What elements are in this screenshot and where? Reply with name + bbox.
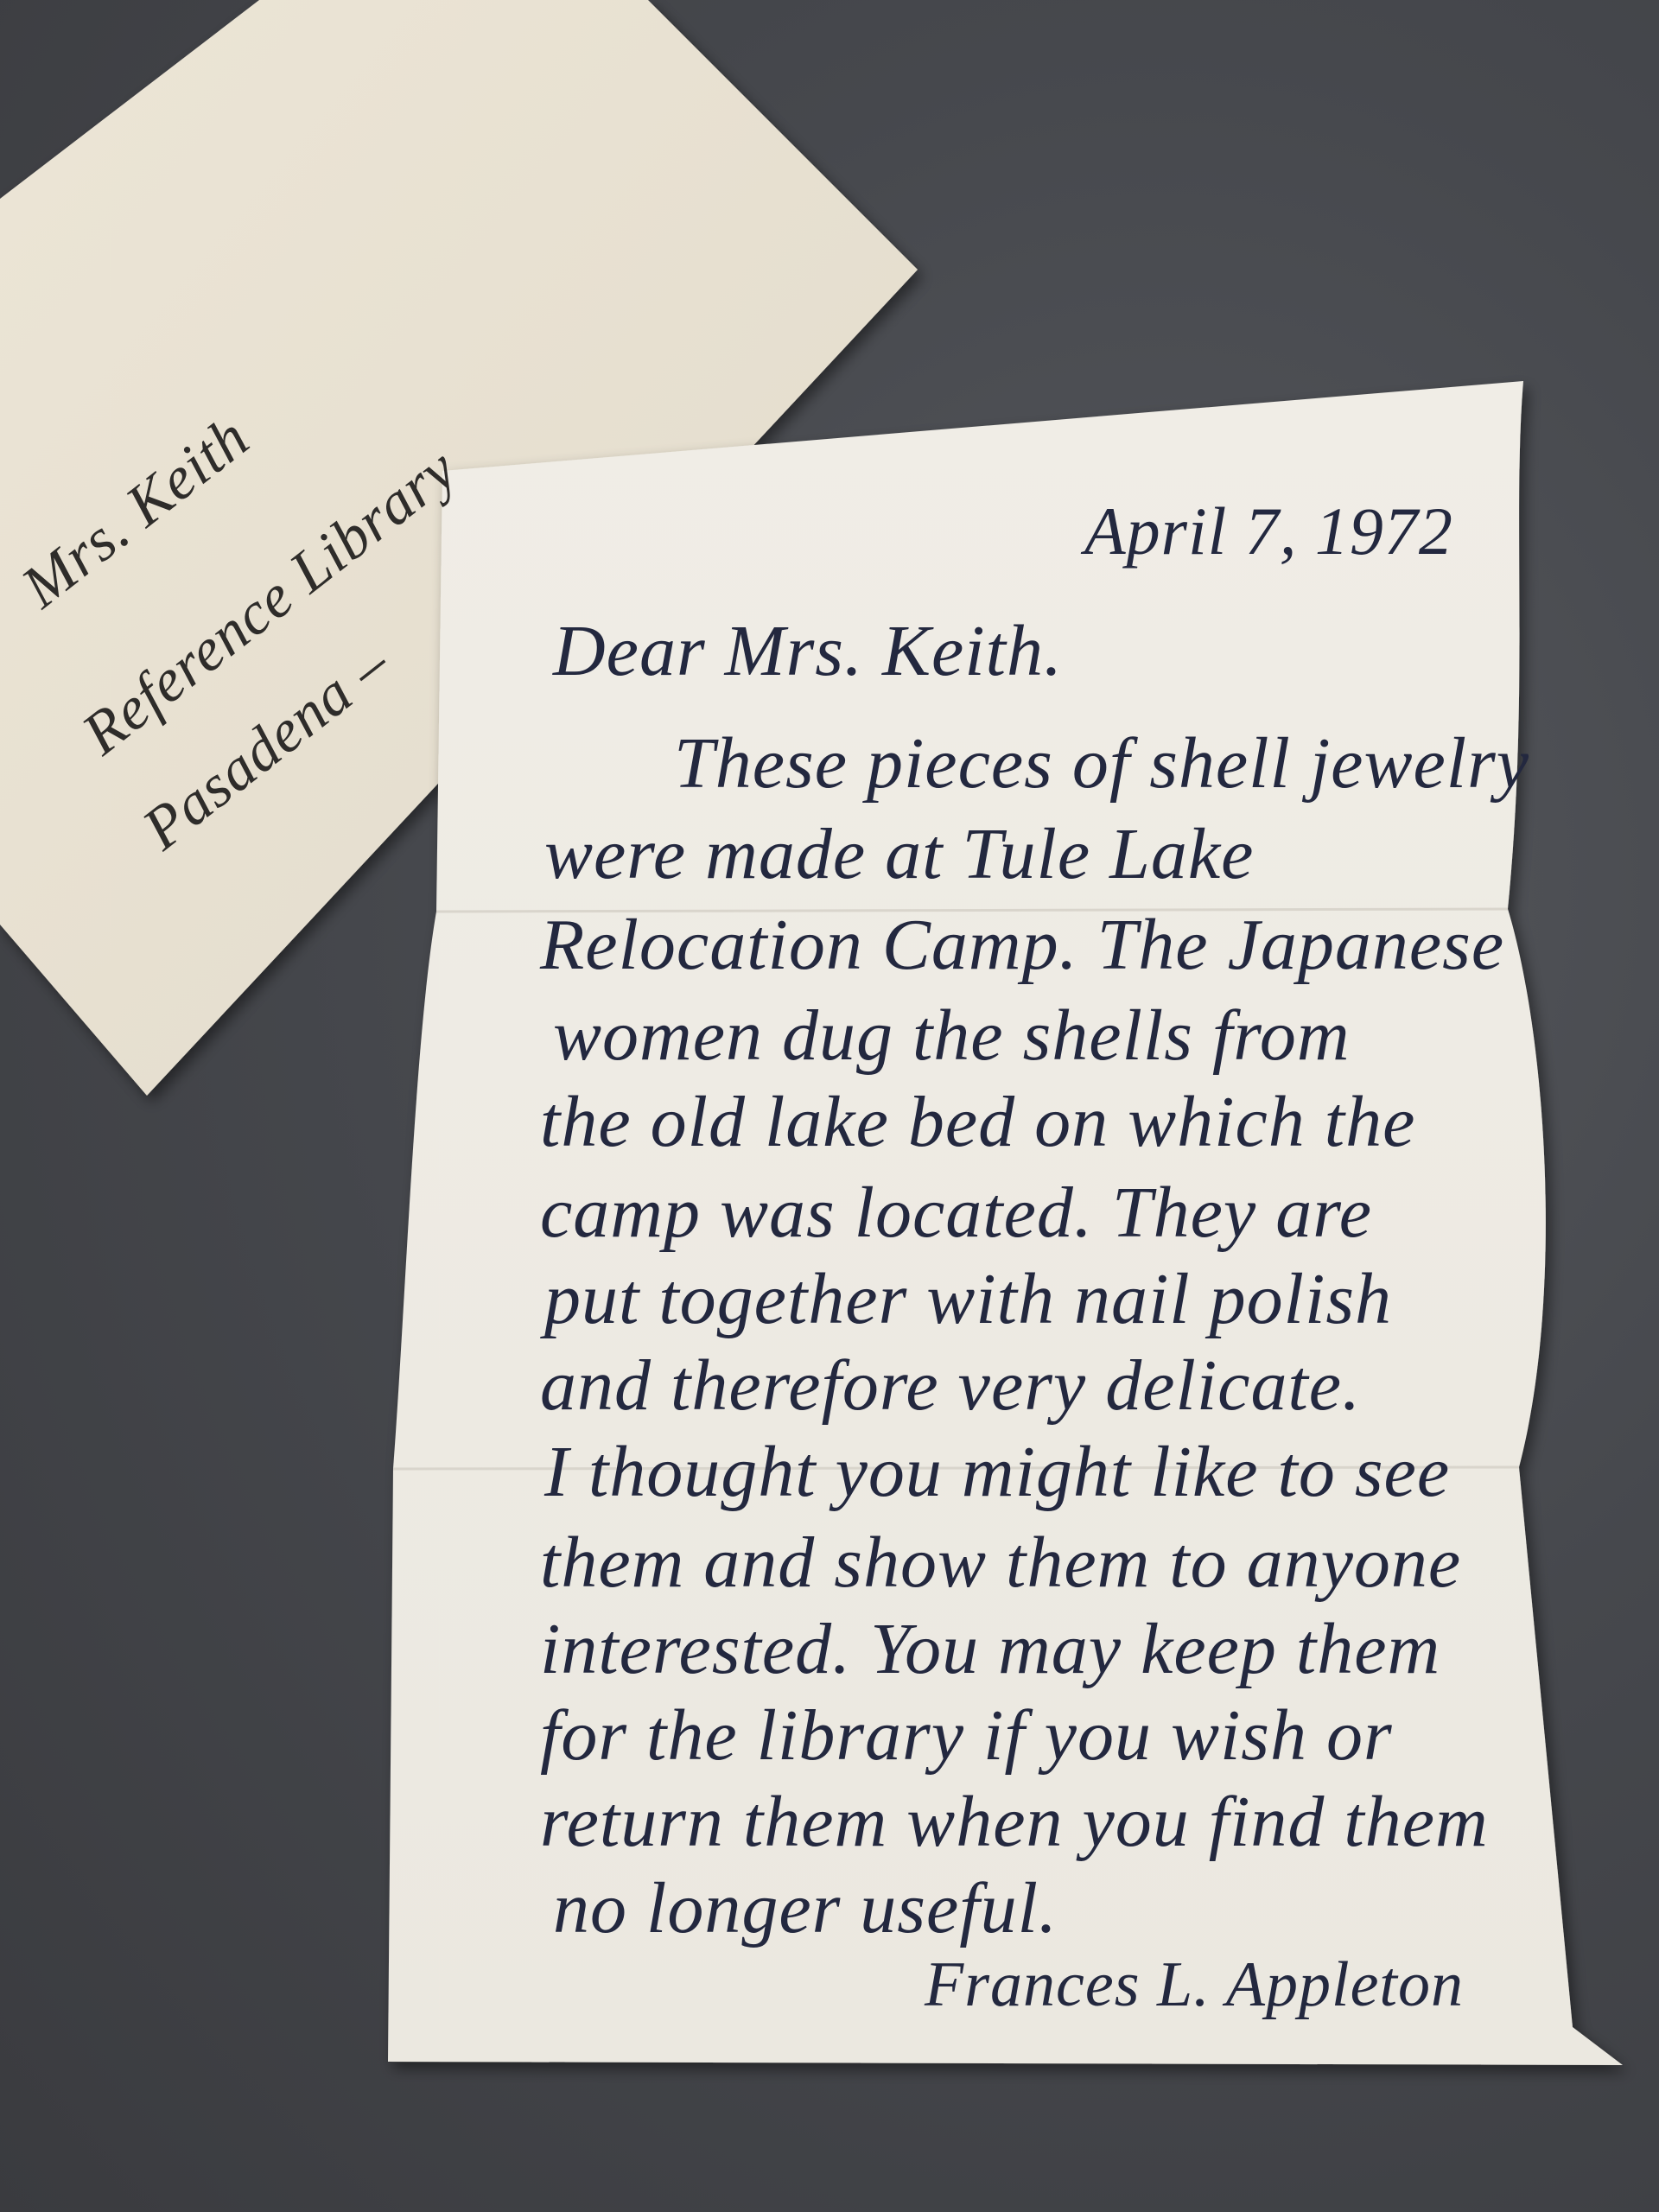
desk-surface: Mrs. Keith Reference Library Pasadena – … xyxy=(0,0,1659,2212)
letter-line: interested. You may keep them xyxy=(540,1607,1440,1691)
letter-line: women dug the shells from xyxy=(553,994,1351,1077)
letter-line: the old lake bed on which the xyxy=(540,1080,1415,1164)
letter-line: and therefore very delicate. xyxy=(540,1344,1361,1427)
letter-line: I thought you might like to see xyxy=(544,1430,1450,1514)
letter-line: were made at Tule Lake xyxy=(544,812,1254,896)
letter-line: no longer useful. xyxy=(553,1866,1058,1950)
letter-date: April 7, 1972 xyxy=(1084,493,1453,570)
letter-line: put together with nail polish xyxy=(544,1257,1392,1341)
letter-line: Relocation Camp. The Japanese xyxy=(540,903,1504,987)
letter-line: camp was located. They are xyxy=(540,1171,1372,1255)
letter-signature: Frances L. Appleton xyxy=(925,1948,1464,2022)
letter-line: return them when you find them xyxy=(540,1780,1489,1864)
letter-salutation: Dear Mrs. Keith. xyxy=(553,609,1063,693)
letter-line: for the library if you wish or xyxy=(540,1694,1393,1777)
letter-line: them and show them to anyone xyxy=(540,1521,1461,1605)
letter-line: These pieces of shell jewelry xyxy=(674,721,1529,805)
